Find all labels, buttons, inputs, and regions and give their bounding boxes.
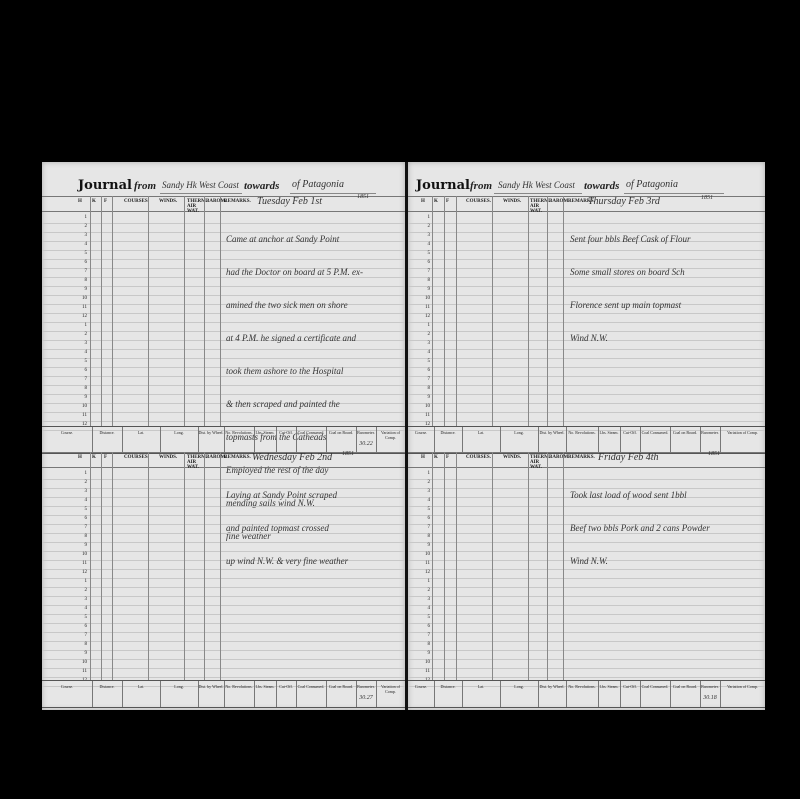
col-courses: Courses. [124, 199, 149, 204]
hour-label: 3 [42, 597, 87, 602]
hour-label: 3 [42, 233, 87, 238]
hour-label: 1 [42, 471, 87, 476]
hour-label: 10 [408, 660, 430, 665]
summary-label: Distance. [434, 430, 462, 435]
column-divider [220, 452, 221, 680]
remarks-line: Took last load of wood sent 1bbl [570, 490, 710, 501]
towards-label: towards [244, 180, 279, 192]
hour-label: 1 [408, 471, 430, 476]
column-divider [148, 196, 149, 426]
hour-label: 6 [408, 516, 430, 521]
summary-label: Course. [408, 684, 434, 689]
remarks-line: took them ashore to the Hospital [226, 366, 363, 377]
summary-label: Distance. [92, 684, 122, 689]
remarks-line: up wind N.W. & very fine weather [226, 556, 348, 567]
hour-label: 10 [42, 404, 87, 409]
summary-label: Coal on Board. [326, 684, 356, 689]
hour-label: 5 [408, 615, 430, 620]
title-underline [624, 193, 724, 194]
column-divider [547, 452, 548, 680]
hour-label: 9 [42, 651, 87, 656]
log-section-2: H K F Courses. Winds. Therm. Air Wat. Ba… [42, 452, 405, 680]
remarks-line: at 4 P.M. he signed a certificate and [226, 333, 363, 344]
hour-label: 2 [42, 224, 87, 229]
column-divider [90, 452, 91, 680]
from-label: from [470, 180, 492, 192]
summary-label: Long. [500, 684, 538, 689]
column-divider [204, 452, 205, 680]
hour-label: 11 [408, 669, 430, 674]
column-divider [101, 196, 102, 426]
hour-label: 2 [42, 332, 87, 337]
column-divider [456, 196, 457, 426]
hour-label: 7 [408, 269, 430, 274]
column-divider [204, 196, 205, 426]
summary-label: Dist. by Wheel. [538, 684, 566, 689]
towards-label: towards [584, 180, 619, 192]
hour-label: 7 [42, 525, 87, 530]
hour-label: 12 [42, 314, 87, 319]
hour-label: 11 [42, 561, 87, 566]
hour-label: 4 [408, 606, 430, 611]
remarks-text: Took last load of wood sent 1bbl Beef tw… [570, 468, 710, 589]
hour-label: 6 [42, 516, 87, 521]
summary-label: Distance. [92, 430, 122, 435]
column-divider [148, 452, 149, 680]
summary-label: Variation of Comp. [720, 430, 765, 435]
from-value: Sandy Hk West Coast [498, 180, 575, 190]
hour-label: 3 [408, 597, 430, 602]
remarks-text: Laying at Sandy Point scraped and painte… [226, 468, 348, 589]
remarks-line: Sent four bbls Beef Cask of Flour [570, 234, 691, 245]
remarks-line: Came at anchor at Sandy Point [226, 234, 363, 245]
hour-label: 6 [42, 368, 87, 373]
col-winds: Winds. [503, 199, 521, 204]
summary-label: Long. [500, 430, 538, 435]
hour-label: 7 [42, 377, 87, 382]
summary-label: Dist. by Wheel. [538, 430, 566, 435]
hour-label: 3 [408, 341, 430, 346]
entry-date: Thursday Feb 3rd [588, 196, 660, 207]
hour-label: 11 [42, 413, 87, 418]
hour-label: 11 [408, 561, 430, 566]
column-divider [444, 196, 445, 426]
journal-label: Journal [78, 178, 132, 193]
hour-label: 4 [42, 498, 87, 503]
summary-label: Variation of Comp. [376, 430, 405, 440]
col-winds: Winds. [159, 199, 177, 204]
column-divider [456, 452, 457, 680]
summary-label: Distance. [434, 684, 462, 689]
entry-year: 1851 [342, 451, 354, 457]
summary-label: Long. [160, 684, 198, 689]
from-value: Sandy Hk West Coast [162, 180, 239, 190]
hour-label: 10 [408, 404, 430, 409]
summary-label: Lat. [462, 430, 500, 435]
hour-label: 1 [408, 579, 430, 584]
hour-label: 6 [408, 260, 430, 265]
column-header-row: H K F Courses. Winds. Therm. Air Wat. Ba… [42, 196, 405, 212]
summary-label: No. Revolutions. [566, 430, 598, 435]
hour-label: 3 [408, 489, 430, 494]
hour-label: 12 [408, 314, 430, 319]
col-winds: Winds. [503, 455, 521, 460]
remarks-line: Wind N.W. [570, 556, 710, 567]
left-journal-page: Journal from Sandy Hk West Coast towards… [42, 162, 405, 710]
hour-label: 6 [408, 624, 430, 629]
hour-label: 7 [42, 269, 87, 274]
summary-label: Cut-Off. [276, 684, 296, 689]
summary-label: Lbs. Steam. [598, 430, 620, 435]
column-divider [563, 452, 564, 680]
column-divider [184, 452, 185, 680]
hour-label: 9 [42, 395, 87, 400]
entry-year: 1851 [701, 195, 713, 201]
log-section-1: H K F Courses. Winds. Therm. Air Wat. Ba… [408, 196, 765, 426]
hour-label: 4 [42, 242, 87, 247]
hour-label: 2 [408, 480, 430, 485]
col-f: F [446, 199, 449, 204]
hour-label: 8 [408, 386, 430, 391]
col-h: H [421, 455, 425, 460]
col-remarks: Remarks. [224, 455, 251, 460]
col-h: H [421, 199, 425, 204]
hour-label: 10 [408, 296, 430, 301]
summary-label: Lat. [122, 430, 160, 435]
hour-label: 1 [42, 579, 87, 584]
hour-label: 8 [42, 642, 87, 647]
summary-label: Dist. by Wheel. [198, 430, 224, 435]
col-f: F [104, 455, 107, 460]
hour-label: 5 [408, 251, 430, 256]
hour-label: 4 [42, 606, 87, 611]
hour-label: 9 [408, 395, 430, 400]
column-divider [184, 196, 185, 426]
summary-label: Cut-Off. [276, 430, 296, 435]
summary-label: Coal Consumed. [640, 684, 670, 689]
col-k: K [434, 455, 438, 460]
summary-label: Cut-Off. [620, 684, 640, 689]
hour-label: 11 [408, 413, 430, 418]
hour-label: 8 [408, 642, 430, 647]
hour-label: 5 [42, 507, 87, 512]
column-divider [220, 196, 221, 426]
hour-label: 12 [408, 570, 430, 575]
log-section-1: H K F Courses. Winds. Therm. Air Wat. Ba… [42, 196, 405, 426]
summary-label: Coal Consumed. [640, 430, 670, 435]
hour-label: 2 [42, 588, 87, 593]
summary-label: No. Revolutions. [224, 430, 254, 435]
hour-label: 2 [408, 332, 430, 337]
remarks-line: had the Doctor on board at 5 P.M. ex- [226, 267, 363, 278]
hour-label: 4 [408, 350, 430, 355]
remarks-line: Some small stores on board Sch [570, 267, 691, 278]
hour-label: 2 [42, 480, 87, 485]
col-courses: Courses. [124, 455, 149, 460]
barometer-value: 30.18 [700, 695, 720, 701]
hour-label: 9 [42, 287, 87, 292]
summary-label: Lbs. Steam. [598, 684, 620, 689]
hour-label: 5 [42, 615, 87, 620]
remarks-text: Sent four bbls Beef Cask of Flour Some s… [570, 212, 691, 366]
summary-label: Barometer. [356, 430, 376, 435]
summary-label: Lbs. Steam. [254, 430, 276, 435]
hour-label: 2 [408, 224, 430, 229]
summary-label: Coal on Board. [670, 430, 700, 435]
remarks-line: Wind N.W. [570, 333, 691, 344]
column-divider [528, 196, 529, 426]
hour-label: 10 [408, 552, 430, 557]
hour-label: 9 [408, 543, 430, 548]
hour-label: 2 [408, 588, 430, 593]
hour-label: 1 [42, 215, 87, 220]
towards-value: of Patagonia [626, 179, 678, 190]
entry-date: Tuesday Feb 1st [257, 196, 322, 207]
hour-label: 1 [42, 323, 87, 328]
col-k: K [92, 199, 96, 204]
hour-label: 10 [42, 296, 87, 301]
column-divider [547, 196, 548, 426]
journal-label: Journal [416, 178, 470, 193]
journal-title: Journal from Sandy Hk West Coast towards… [408, 172, 765, 196]
remarks-line: Laying at Sandy Point scraped [226, 490, 348, 501]
hour-label: 6 [42, 624, 87, 629]
hour-label: 4 [408, 498, 430, 503]
hour-label: 9 [408, 651, 430, 656]
col-barom: Barom. [549, 199, 569, 204]
daily-summary-row: Course. Distance. Lat. Long. Dist. by Wh… [408, 426, 765, 454]
hour-label: 11 [408, 305, 430, 310]
summary-label: Barometer. [356, 684, 376, 689]
from-label: from [134, 180, 156, 192]
summary-label: Course. [42, 684, 92, 689]
col-courses: Courses. [466, 199, 491, 204]
summary-label: Coal on Board. [670, 684, 700, 689]
col-f: F [104, 199, 107, 204]
column-divider [432, 196, 433, 426]
hour-label: 5 [42, 359, 87, 364]
col-courses: Courses. [466, 455, 491, 460]
entry-year: 1851 [708, 451, 720, 457]
hour-label: 5 [408, 507, 430, 512]
hour-label: 3 [42, 341, 87, 346]
hour-label: 7 [408, 525, 430, 530]
col-remarks: Remarks. [224, 199, 251, 204]
remarks-line: Florence sent up main topmast [570, 300, 691, 311]
remarks-line: amined the two sick men on shore [226, 300, 363, 311]
summary-label: Barometer. [700, 430, 720, 435]
remarks-line: and painted topmast crossed [226, 523, 348, 534]
summary-label: Variation of Comp. [376, 684, 405, 694]
column-divider [101, 452, 102, 680]
hour-label: 7 [42, 633, 87, 638]
summary-label: Cut-Off. [620, 430, 640, 435]
summary-label: Lat. [462, 684, 500, 689]
col-f: F [446, 455, 449, 460]
log-section-2: H K F Courses. Winds. Therm. Air Wat. Ba… [408, 452, 765, 680]
hour-label: 8 [408, 534, 430, 539]
hour-label: 10 [42, 552, 87, 557]
col-k: K [92, 455, 96, 460]
hour-label: 11 [42, 305, 87, 310]
col-h: H [78, 199, 82, 204]
entry-year: 1851 [357, 194, 369, 200]
column-divider [432, 452, 433, 680]
column-divider [528, 452, 529, 680]
summary-label: No. Revolutions. [566, 684, 598, 689]
journal-title: Journal from Sandy Hk West Coast towards… [42, 172, 405, 196]
col-winds: Winds. [159, 455, 177, 460]
hour-label: 10 [42, 660, 87, 665]
column-divider [444, 452, 445, 680]
hour-label: 9 [42, 543, 87, 548]
summary-label: Course. [42, 430, 92, 435]
summary-label: Coal Consumed. [296, 684, 326, 689]
col-h: H [78, 455, 82, 460]
summary-label: Coal Consumed. [296, 430, 326, 435]
hour-label: 4 [42, 350, 87, 355]
col-remarks: Remarks. [568, 455, 595, 460]
column-divider [492, 452, 493, 680]
column-divider [112, 452, 113, 680]
daily-summary-row: Course. Distance. Lat. Long. Dist. by Wh… [42, 680, 405, 708]
hour-label: 9 [408, 287, 430, 292]
hour-label: 4 [408, 242, 430, 247]
summary-label: Dist. by Wheel. [198, 684, 224, 689]
hour-label: 1 [408, 215, 430, 220]
col-barom: Barom. [549, 455, 569, 460]
column-divider [112, 196, 113, 426]
daily-summary-row: Course. Distance. Lat. Long. Dist. by Wh… [42, 426, 405, 454]
hour-label: 6 [408, 368, 430, 373]
summary-label: Lbs. Steam. [254, 684, 276, 689]
hour-label: 8 [42, 386, 87, 391]
summary-label: Lat. [122, 684, 160, 689]
summary-label: Long. [160, 430, 198, 435]
hour-label: 3 [408, 233, 430, 238]
barometer-value: 30.27 [356, 695, 376, 701]
summary-label: Barometer. [700, 684, 720, 689]
hour-label: 7 [408, 377, 430, 382]
summary-label: Course. [408, 430, 434, 435]
entry-date: Wednesday Feb 2nd [252, 452, 332, 463]
hour-label: 8 [42, 534, 87, 539]
column-divider [563, 196, 564, 426]
summary-label: No. Revolutions. [224, 684, 254, 689]
remarks-line: & then scraped and painted the [226, 399, 363, 410]
hour-label: 6 [42, 260, 87, 265]
summary-label: Coal on Board. [326, 430, 356, 435]
hour-label: 3 [42, 489, 87, 494]
hour-label: 7 [408, 633, 430, 638]
col-k: K [434, 199, 438, 204]
hour-label: 8 [42, 278, 87, 283]
entry-date: Friday Feb 4th [598, 452, 659, 463]
hour-label: 1 [408, 323, 430, 328]
hour-label: 5 [408, 359, 430, 364]
remarks-line: Beef two bbls Pork and 2 cans Powder [570, 523, 710, 534]
right-journal-page: Journal from Sandy Hk West Coast towards… [405, 162, 765, 710]
hour-label: 12 [42, 570, 87, 575]
daily-summary-row: Course. Distance. Lat. Long. Dist. by Wh… [408, 680, 765, 708]
title-underline [494, 193, 582, 194]
summary-label: Variation of Comp. [720, 684, 765, 689]
column-divider [90, 196, 91, 426]
barometer-value: 30.22 [356, 441, 376, 447]
hour-label: 5 [42, 251, 87, 256]
hour-label: 11 [42, 669, 87, 674]
column-divider [492, 196, 493, 426]
title-underline [160, 193, 242, 194]
towards-value: of Patagonia [292, 179, 344, 190]
hour-label: 8 [408, 278, 430, 283]
